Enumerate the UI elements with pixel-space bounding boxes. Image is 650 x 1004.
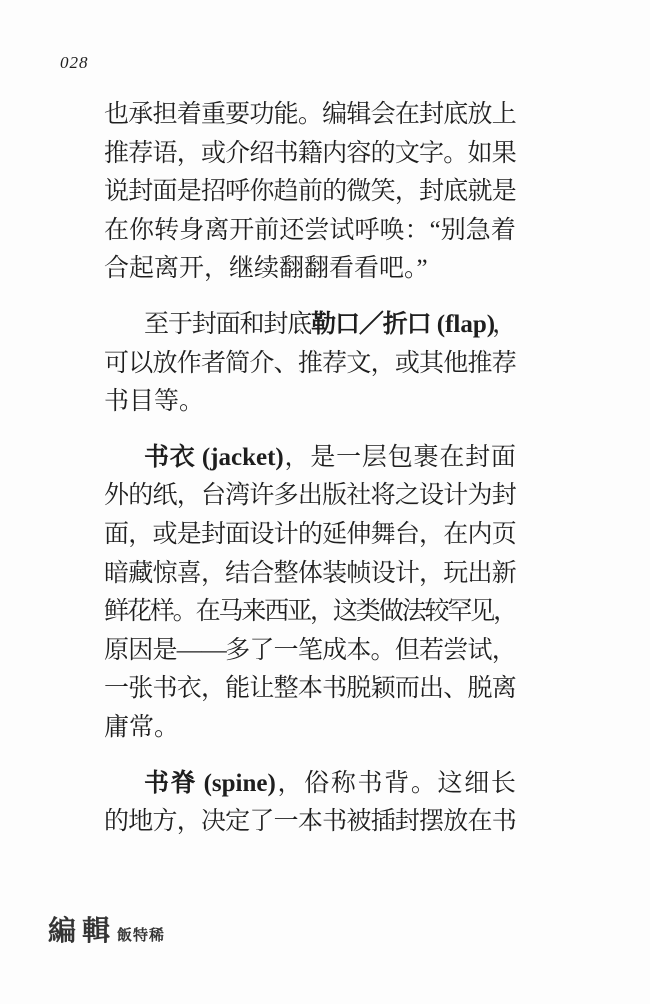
text-run: 若	[419, 632, 443, 671]
text-run: ——	[177, 632, 225, 671]
text-run: 之	[395, 477, 419, 516]
text-run: 玩	[443, 555, 467, 594]
text-run: 体	[298, 555, 322, 594]
text-run: 或	[152, 516, 176, 555]
text-run: 笔	[298, 632, 322, 671]
text-run: 成	[322, 632, 346, 671]
text-run: 试	[329, 212, 354, 251]
text-run: 版	[322, 477, 346, 516]
text-run: 一	[104, 670, 128, 709]
text-run: 称	[331, 765, 356, 804]
text-run: 在	[104, 212, 129, 251]
text-run: 书	[358, 765, 383, 804]
text-run: 花	[127, 593, 150, 632]
text-run: 结	[225, 555, 249, 594]
text-run: 出	[298, 477, 322, 516]
text-run: 别	[441, 212, 466, 251]
text-run: 。	[173, 593, 196, 632]
text-run: 封	[492, 477, 516, 516]
text-run: 设	[371, 555, 395, 594]
text-run: 、	[443, 670, 467, 709]
text-run: 前	[254, 212, 279, 251]
text-run: ，	[177, 803, 201, 842]
text-run: 口	[335, 306, 359, 345]
text-run: 封	[128, 173, 152, 212]
text-run: 或	[395, 345, 419, 384]
text-run: 脱	[346, 670, 370, 709]
text-run: 书	[322, 803, 346, 842]
text-run: 就	[468, 173, 492, 212]
text-run: 呼	[225, 173, 249, 212]
text-run: 至	[144, 306, 168, 345]
text-run: 离	[492, 670, 516, 709]
text-run: 整	[274, 670, 298, 709]
text-run: 多	[225, 632, 249, 671]
text-run: 在	[443, 516, 467, 555]
text-run: 是	[310, 439, 335, 478]
text-run: ，	[493, 593, 516, 632]
text-run: 新	[492, 555, 516, 594]
text-run: (jacket)	[196, 439, 284, 478]
text-run: 荐	[128, 135, 152, 174]
text-run: 书	[322, 670, 346, 709]
text-run: 出	[419, 670, 443, 709]
text-run: (flap)	[431, 306, 493, 345]
text-run: 伸	[346, 516, 370, 555]
text-line: 的地方，决定了一本书被插封摆放在书	[104, 803, 516, 842]
text-run: 勒	[311, 306, 335, 345]
logo-text-primary: 編輯	[48, 916, 116, 947]
text-line: 面，或是封面设计的延伸舞台，在内页	[104, 516, 516, 555]
text-run: 较	[424, 593, 447, 632]
text-run: 着	[491, 212, 516, 251]
text-run: 荐	[492, 345, 516, 384]
text-run: 作	[177, 345, 201, 384]
text-run: 出	[468, 555, 492, 594]
text-run: 微	[346, 173, 370, 212]
text-run: 因	[128, 632, 152, 671]
text-run: 书目等。	[104, 388, 204, 415]
text-run: 能	[225, 670, 249, 709]
text-run: 地	[128, 803, 152, 842]
text-run: 是	[492, 173, 516, 212]
text-run: 纸	[152, 477, 176, 516]
text-run: ，	[395, 173, 419, 212]
text-run: 设	[419, 477, 443, 516]
text-run: 来	[241, 593, 264, 632]
text-run: 在	[439, 439, 464, 478]
text-line: 书目等。	[104, 383, 516, 422]
text-run: 本	[298, 670, 322, 709]
text-run: 能	[274, 96, 298, 135]
text-run: 其	[419, 345, 443, 384]
text-run: ／	[359, 306, 383, 345]
paragraph: 书脊 (spine)，俗称书背。这细长的地方，决定了一本书被插封摆放在书	[104, 765, 516, 842]
text-run: 趋	[274, 173, 298, 212]
text-run: 脊	[171, 765, 196, 804]
text-run: 台	[395, 516, 419, 555]
text-run: 封	[395, 803, 419, 842]
text-line: 原因是——多了一笔成本。但若尝试，	[104, 632, 516, 671]
text-run: 面	[491, 439, 516, 478]
text-run: 重	[201, 96, 225, 135]
text-run: 你	[129, 212, 154, 251]
text-run: 封	[465, 439, 490, 478]
text-run: 转	[154, 212, 179, 251]
text-run: 包	[388, 439, 413, 478]
text-run: 合起离开，继续翻翻看看吧。”	[104, 255, 428, 282]
text-run: 为	[468, 477, 492, 516]
text-run: 书	[492, 803, 516, 842]
text-run: 封	[263, 306, 287, 345]
text-run: 让	[249, 670, 273, 709]
text-line: 可以放作者简介、推荐文，或其他推荐	[104, 345, 516, 384]
text-run: 要	[225, 96, 249, 135]
text-run: 底	[443, 173, 467, 212]
text-run: 他	[443, 345, 467, 384]
text-run: 语	[152, 135, 176, 174]
text-run: 衣	[170, 439, 195, 478]
text-run: 一	[336, 439, 361, 478]
text-run: 封	[419, 96, 443, 135]
text-run: 唤	[380, 212, 405, 251]
text-line: 暗藏惊喜，结合整体装帧设计，玩出新	[104, 555, 516, 594]
text-run: 法	[402, 593, 425, 632]
text-run: 开	[229, 212, 254, 251]
text-run: 书	[144, 765, 169, 804]
book-page: 028 也承担着重要功能。编辑会在封底放上推荐语，或介绍书籍内容的文字。如果说封…	[0, 0, 650, 1004]
text-run: 、	[274, 345, 298, 384]
text-run: 而	[395, 670, 419, 709]
text-run: 推	[104, 135, 128, 174]
text-run: 的	[322, 173, 346, 212]
text-run: (spine)	[197, 765, 275, 804]
text-run: 在	[196, 593, 219, 632]
text-run: 呼	[354, 212, 379, 251]
text-run: 设	[249, 516, 273, 555]
text-run: 惊	[152, 555, 176, 594]
text-run: 喜	[177, 555, 201, 594]
text-run: 台	[201, 477, 225, 516]
logo-text-secondary: 飯特稀	[117, 928, 165, 944]
text-run: 方	[152, 803, 176, 842]
text-run: 文	[346, 345, 370, 384]
text-run: 做	[379, 593, 402, 632]
text-run: 是	[177, 173, 201, 212]
text-run: 了	[249, 803, 273, 842]
text-run: 长	[491, 765, 516, 804]
text-run: 是	[152, 632, 176, 671]
text-run: 内	[468, 516, 492, 555]
body-text-block: 也承担着重要功能。编辑会在封底放上推荐语，或介绍书籍内容的文字。如果说封面是招呼…	[104, 96, 516, 859]
text-run: 摆	[419, 803, 443, 842]
text-line: 庸常。	[104, 709, 516, 748]
text-run: ，	[177, 477, 201, 516]
text-run: 决	[201, 803, 225, 842]
text-run: 。	[371, 632, 395, 671]
text-run: ，	[371, 345, 395, 384]
text-run: 在	[468, 803, 492, 842]
text-run: 了	[249, 632, 273, 671]
text-run: 尝	[304, 212, 329, 251]
text-run: 一	[274, 803, 298, 842]
text-run: 类	[356, 593, 379, 632]
text-run: 前	[298, 173, 322, 212]
text-run: 西	[264, 593, 287, 632]
text-run: 合	[249, 555, 273, 594]
text-run: 容	[346, 135, 370, 174]
text-run: 尝	[443, 632, 467, 671]
paragraph: 也承担着重要功能。编辑会在封底放上推荐语，或介绍书籍内容的文字。如果说封面是招呼…	[104, 96, 516, 289]
text-line: 一张书衣，能让整本书脱颖而出、脱离	[104, 670, 516, 709]
text-run: 介	[225, 135, 249, 174]
text-run: ，	[419, 516, 443, 555]
text-run: 着	[177, 96, 201, 135]
text-run: 庸常。	[104, 714, 179, 741]
text-run: 上	[492, 96, 516, 135]
text-run: ，	[201, 555, 225, 594]
paragraph: 书衣 (jacket)，是一层包裹在封面外的纸，台湾许多出版社将之设计为封面，或…	[104, 439, 516, 748]
text-run: 张	[128, 670, 152, 709]
text-run: 被	[346, 803, 370, 842]
paragraph: 至于封面和封底勒口／折口 (flap)，可以放作者简介、推荐文，或其他推荐书目等…	[104, 306, 516, 422]
text-line: 说封面是招呼你趋前的微笑，封底就是	[104, 173, 516, 212]
text-run: 鲜	[104, 593, 127, 632]
text-run: 招	[201, 173, 225, 212]
text-run: 你	[249, 173, 273, 212]
text-run: 放	[443, 803, 467, 842]
text-run: 放	[152, 345, 176, 384]
text-run: ，	[419, 555, 443, 594]
text-run: 舞	[371, 516, 395, 555]
text-run: 帧	[346, 555, 370, 594]
text-run: 外	[104, 477, 128, 516]
text-line: 鲜花样。在马来西亚，这类做法较罕见，	[104, 593, 516, 632]
text-run: ，	[201, 670, 225, 709]
text-line: 书衣 (jacket)，是一层包裹在封面	[104, 439, 516, 478]
text-run: 试	[467, 632, 491, 671]
text-run: 面	[152, 173, 176, 212]
text-run: 脱	[468, 670, 492, 709]
text-run: 暗	[104, 555, 128, 594]
text-line: 在你转身离开前还尝试呼唤：“别急着	[104, 212, 516, 251]
text-run: 的	[371, 135, 395, 174]
text-run: 会	[371, 96, 395, 135]
text-run: 底	[443, 96, 467, 135]
text-run: 和	[240, 306, 264, 345]
text-run: 也	[104, 96, 128, 135]
text-run: 整	[274, 555, 298, 594]
text-run: 还	[279, 212, 304, 251]
text-run: 绍	[249, 135, 273, 174]
text-line: 推荐语，或介绍书籍内容的文字。如果	[104, 135, 516, 174]
text-run: 湾	[225, 477, 249, 516]
text-run: ，	[128, 516, 152, 555]
text-run: 本	[346, 632, 370, 671]
text-run: 的	[128, 477, 152, 516]
text-run: 推	[468, 345, 492, 384]
text-line: 至于封面和封底勒口／折口 (flap)，	[104, 306, 516, 345]
text-run: 内	[322, 135, 346, 174]
text-run: 本	[298, 803, 322, 842]
text-run: 马	[218, 593, 241, 632]
text-run: 书	[274, 135, 298, 174]
text-run: 这	[333, 593, 356, 632]
text-run: 页	[492, 516, 516, 555]
text-run: 于	[168, 306, 192, 345]
text-run: 见	[470, 593, 493, 632]
text-run: 底	[287, 306, 311, 345]
text-run: 推	[298, 345, 322, 384]
text-line: 书脊 (spine)，俗称书背。这细长	[104, 765, 516, 804]
text-run: ，	[492, 306, 516, 345]
text-run: 的	[298, 516, 322, 555]
page-number: 028	[60, 53, 89, 73]
text-run: 俗	[304, 765, 329, 804]
text-run: 在	[395, 96, 419, 135]
text-run: 将	[371, 477, 395, 516]
text-run: 面	[216, 306, 240, 345]
text-run: 计	[443, 477, 467, 516]
text-run: 字	[419, 135, 443, 174]
text-run: 但	[395, 632, 419, 671]
text-run: 担	[152, 96, 176, 135]
text-run: 放	[468, 96, 492, 135]
text-run: 者	[201, 345, 225, 384]
text-run: 裹	[414, 439, 439, 478]
text-line: 合起离开，继续翻翻看看吧。”	[104, 250, 516, 289]
text-run: ：	[405, 212, 430, 251]
text-run: 如	[468, 135, 492, 174]
text-run: 计	[274, 516, 298, 555]
publisher-logo: 編輯飯特稀	[48, 912, 165, 952]
text-run: 可	[104, 345, 128, 384]
text-line: 外的纸，台湾许多出版社将之设计为封	[104, 477, 516, 516]
text-run: 样	[150, 593, 173, 632]
text-run: ，	[285, 439, 310, 478]
text-run: 承	[128, 96, 152, 135]
text-run: 介	[249, 345, 273, 384]
text-run: 亚	[287, 593, 310, 632]
text-run: 这	[438, 765, 463, 804]
text-run: 颖	[371, 670, 395, 709]
text-run: 许	[249, 477, 273, 516]
text-run: ，	[177, 135, 201, 174]
text-run: 原	[104, 632, 128, 671]
text-run: 插	[371, 803, 395, 842]
text-run: 果	[492, 135, 516, 174]
text-run: 或	[201, 135, 225, 174]
text-run: 急	[466, 212, 491, 251]
text-run: ，	[310, 593, 333, 632]
text-run: 计	[395, 555, 419, 594]
text-run: 装	[322, 555, 346, 594]
text-run: 简	[225, 345, 249, 384]
text-run: 封	[201, 516, 225, 555]
text-run: 封	[419, 173, 443, 212]
text-run: 口	[407, 306, 431, 345]
text-run: 封	[192, 306, 216, 345]
text-run: 文	[395, 135, 419, 174]
text-run: 的	[104, 803, 128, 842]
text-run: 藏	[128, 555, 152, 594]
text-run: ，	[277, 765, 302, 804]
text-run: 荐	[322, 345, 346, 384]
text-run: 。	[411, 765, 436, 804]
text-run: 背	[384, 765, 409, 804]
text-run: 面	[225, 516, 249, 555]
text-run: 笑	[371, 173, 395, 212]
text-run: 以	[128, 345, 152, 384]
text-run: 罕	[447, 593, 470, 632]
text-run: 。	[298, 96, 322, 135]
text-run: 延	[322, 516, 346, 555]
text-run: 辑	[346, 96, 370, 135]
text-run: 衣	[177, 670, 201, 709]
text-run: 籍	[298, 135, 322, 174]
text-run: 身	[179, 212, 204, 251]
text-run: 定	[225, 803, 249, 842]
text-run: 功	[249, 96, 273, 135]
text-run: 说	[104, 173, 128, 212]
text-run: 社	[346, 477, 370, 516]
text-run: 书	[144, 439, 169, 478]
text-run: 是	[177, 516, 201, 555]
text-run: 多	[274, 477, 298, 516]
text-run: 面	[104, 516, 128, 555]
text-run: 离	[204, 212, 229, 251]
text-run: 折	[383, 306, 407, 345]
text-run: 书	[152, 670, 176, 709]
text-run: 编	[322, 96, 346, 135]
text-run: ，	[492, 632, 516, 671]
text-run: “	[430, 212, 441, 251]
text-run: 一	[274, 632, 298, 671]
text-run: 。	[443, 135, 467, 174]
text-run: 层	[362, 439, 387, 478]
text-line: 也承担着重要功能。编辑会在封底放上	[104, 96, 516, 135]
text-run: 细	[464, 765, 489, 804]
